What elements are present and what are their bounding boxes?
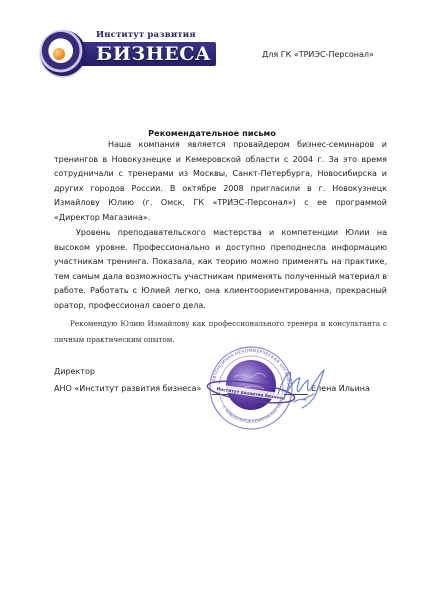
letter-page: Институт развития БИЗНЕСА Для ГК «ТРИЭС-… [0, 0, 424, 600]
signatory-organization: АНО «Институт развития бизнеса» [54, 384, 201, 393]
signatory-role: Директор [54, 367, 95, 376]
letter-title: Рекомендательное письмо [0, 128, 424, 138]
paragraph-recommendation: Рекомендую Юлию Измайлову как профессион… [54, 316, 387, 348]
paragraph-assessment: Уровень преподавательского мастерства и … [54, 226, 387, 314]
paragraph-text: Наша компания является провайдером бизне… [54, 138, 387, 226]
handwritten-signature-icon [272, 364, 332, 410]
addressee: Для ГК «ТРИЭС-Персонал» [262, 50, 374, 59]
paragraph-text: Рекомендую Юлию Измайлову как профессион… [54, 316, 387, 348]
company-logo: Институт развития БИЗНЕСА [36, 24, 216, 80]
paragraph-intro: Наша компания является провайдером бизне… [54, 138, 387, 226]
logo-brand: БИЗНЕСА [96, 42, 216, 66]
paragraph-text: Уровень преподавательского мастерства и … [54, 226, 387, 314]
logo-tagline: Институт развития [96, 30, 214, 40]
logo-orange-dot-icon [53, 48, 65, 60]
